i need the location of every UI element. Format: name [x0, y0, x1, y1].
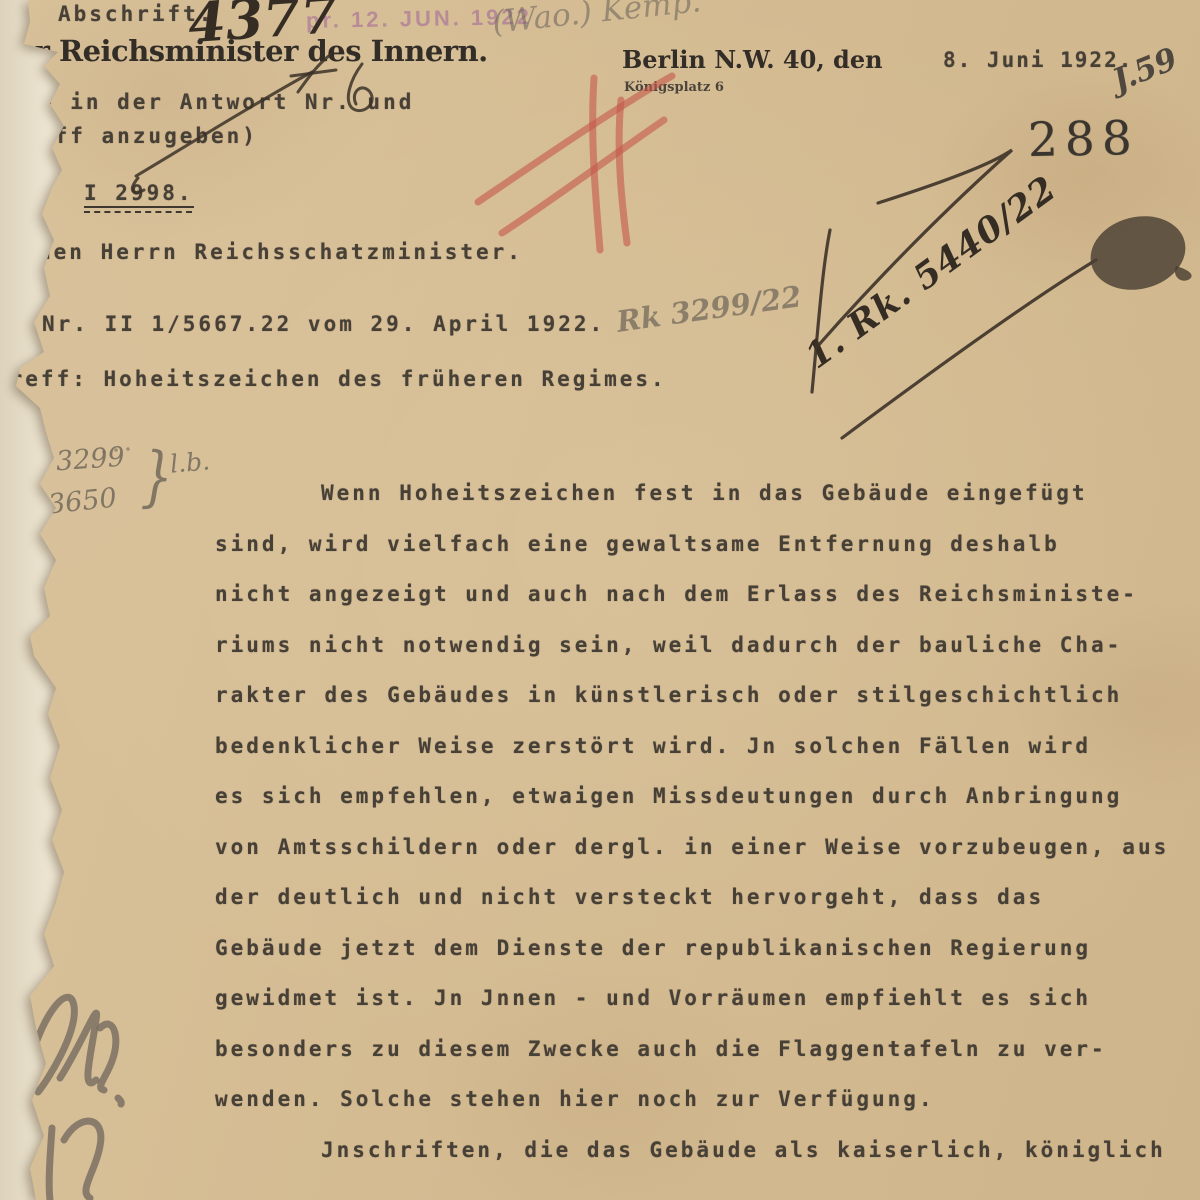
margin-note-line2: 3650: [47, 482, 119, 520]
pencil-scribble: [30, 997, 121, 1200]
red-crayon-hash-icon: [478, 76, 672, 250]
body-line: gewidmet ist. Jn Jnnen - und Vorräumen e…: [215, 973, 1195, 1024]
file-number: I 2998.: [84, 181, 194, 208]
page-number-stamp: 288: [1028, 111, 1140, 168]
red-stroke: [593, 78, 600, 250]
reply-note-line2: etreff anzugeben): [0, 124, 258, 148]
letterhead-street: Königsplatz 6: [624, 80, 724, 95]
body-line: rakter des Gebäudes in künstlerisch oder…: [215, 670, 1195, 721]
ink-stroke: [291, 70, 336, 76]
body-line: Jnschriften, die das Gebäude als kaiserl…: [215, 1125, 1195, 1176]
reference-line: Nr. II 1/5667.22 vom 29. April 1922.: [42, 312, 605, 336]
red-stroke: [619, 100, 627, 243]
document-scan: Abschrift. pr. 12. JUN. 1922 4377 (Wao.)…: [0, 0, 1200, 1200]
body-line: wenden. Solche stehen hier noch zur Verf…: [215, 1074, 1195, 1125]
letterhead-place: Berlin N.W. 40, den: [622, 45, 883, 74]
reply-note-line1: itte in der Antwort Nr. und: [0, 90, 414, 114]
margin-note-suffix: l.b.: [169, 446, 211, 478]
body-line: Wenn Hoheitszeichen fest in das Gebäude …: [215, 468, 1195, 519]
red-stroke: [502, 120, 664, 233]
subject-line: treff: Hoheitszeichen des früheren Regim…: [0, 367, 667, 391]
ink-blot: [1083, 206, 1194, 299]
body-line: von Amtsschildern oder dergl. in einer W…: [215, 822, 1195, 873]
letter-paper: Abschrift. pr. 12. JUN. 1922 4377 (Wao.)…: [0, 0, 1200, 1200]
letter-body: Wenn Hoheitszeichen fest in das Gebäude …: [215, 468, 1195, 1175]
body-line: besonders zu diesem Zwecke auch die Flag…: [215, 1024, 1195, 1075]
pencil-initials-top: (Wao.) Kemp.: [491, 0, 703, 41]
body-line: bedenklicher Weise zerstört wird. Jn sol…: [215, 721, 1195, 772]
ink-registry-ref: 1. Rk. 5440/22: [798, 168, 1064, 377]
margin-note-line1: 3299: [55, 442, 126, 478]
typed-date: 8. Juni 1922.: [943, 48, 1133, 72]
letterhead-sender: Der Reichsminister des Innern.: [0, 34, 488, 68]
body-line: es sich empfehlen, etwaigen Missdeutunge…: [215, 771, 1195, 822]
pencil-ref-mid: Rk 3299/22: [615, 279, 804, 339]
body-line: nicht angezeigt und auch nach dem Erlass…: [215, 569, 1195, 620]
paper-shadow: Abschrift. pr. 12. JUN. 1922 4377 (Wao.)…: [0, 0, 1200, 1200]
body-line: Gebäude jetzt dem Dienste der republikan…: [215, 923, 1195, 974]
body-line: der deutlich und nicht versteckt hervorg…: [215, 872, 1195, 923]
body-line: riums nicht notwendig sein, weil dadurch…: [215, 620, 1195, 671]
recipient-line: den Herrn Reichsschatzminister.: [38, 240, 523, 264]
body-line: sind, wird vielfach eine gewaltsame Entf…: [215, 519, 1195, 570]
